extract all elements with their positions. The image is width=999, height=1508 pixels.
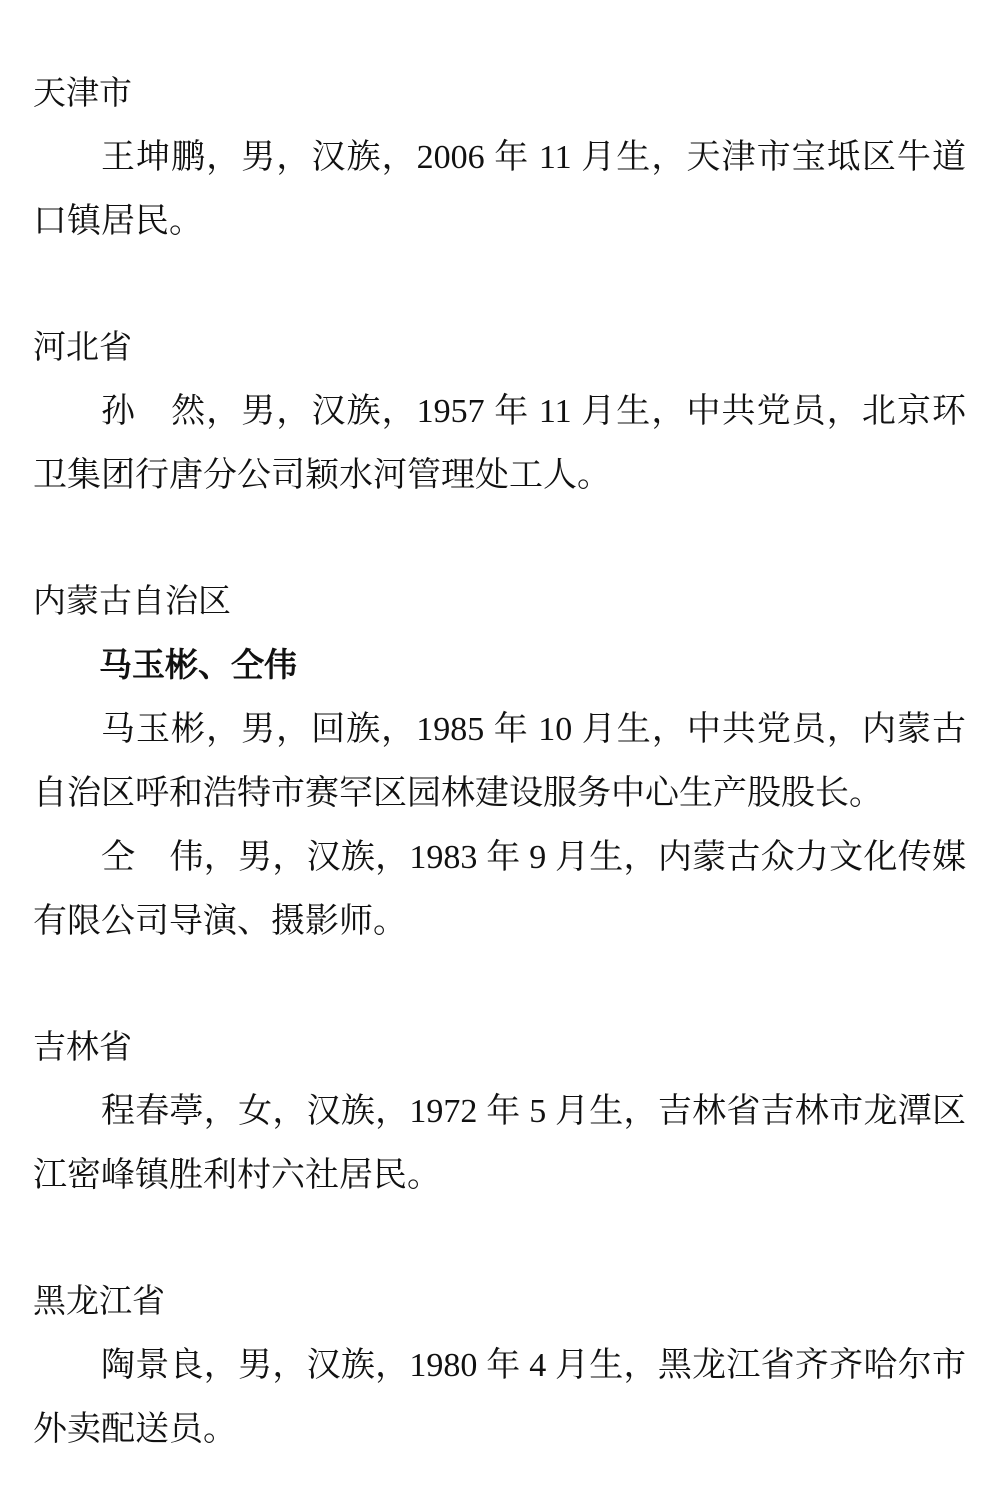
province-heading: 黑龙江省: [33, 1270, 966, 1334]
person-paragraph: 程春葶，女，汉族，1972 年 5 月生，吉林省吉林市龙潭区江密峰镇胜利村六社居…: [33, 1080, 966, 1208]
section-tianjin: 天津市 王坤鹏，男，汉族，2006 年 11 月生，天津市宝坻区牛道口镇居民。: [33, 62, 966, 254]
province-heading: 吉林省: [33, 1016, 966, 1080]
document: 天津市 王坤鹏，男，汉族，2006 年 11 月生，天津市宝坻区牛道口镇居民。 …: [0, 0, 999, 1462]
section-jilin: 吉林省 程春葶，女，汉族，1972 年 5 月生，吉林省吉林市龙潭区江密峰镇胜利…: [33, 1016, 966, 1208]
page: { "document": { "background_color": "#ff…: [0, 0, 999, 1508]
province-heading: 河北省: [33, 316, 966, 380]
person-paragraph: 仝 伟，男，汉族，1983 年 9 月生，内蒙古众力文化传媒有限公司导演、摄影师…: [33, 826, 966, 954]
person-paragraph: 王坤鹏，男，汉族，2006 年 11 月生，天津市宝坻区牛道口镇居民。: [33, 126, 966, 254]
section-neimenggu: 内蒙古自治区 马玉彬、仝伟 马玉彬，男，回族，1985 年 10 月生，中共党员…: [33, 570, 966, 954]
province-heading: 内蒙古自治区: [33, 570, 966, 634]
section-hebei: 河北省 孙 然，男，汉族，1957 年 11 月生，中共党员，北京环卫集团行唐分…: [33, 316, 966, 508]
person-paragraph: 孙 然，男，汉族，1957 年 11 月生，中共党员，北京环卫集团行唐分公司颖水…: [33, 380, 966, 508]
province-heading: 天津市: [33, 62, 966, 126]
section-heilongjiang: 黑龙江省 陶景良，男，汉族，1980 年 4 月生，黑龙江省齐齐哈尔市外卖配送员…: [33, 1270, 966, 1462]
person-paragraph: 陶景良，男，汉族，1980 年 4 月生，黑龙江省齐齐哈尔市外卖配送员。: [33, 1334, 966, 1462]
person-paragraph: 马玉彬，男，回族，1985 年 10 月生，中共党员，内蒙古自治区呼和浩特市赛罕…: [33, 698, 966, 826]
honorees-names-line: 马玉彬、仝伟: [33, 634, 966, 698]
